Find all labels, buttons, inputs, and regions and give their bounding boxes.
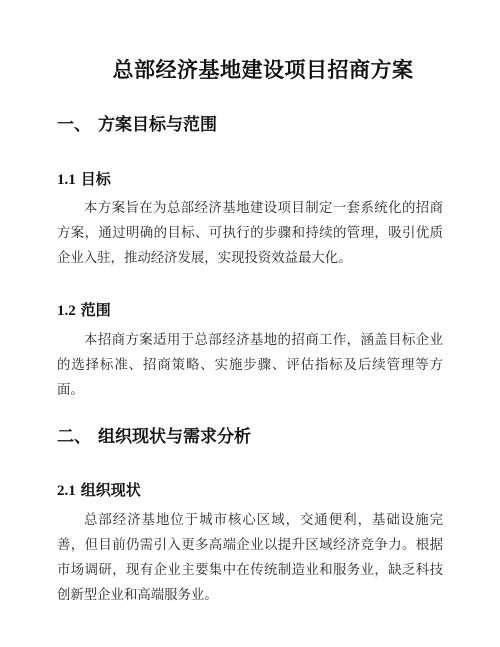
- paragraph-org-status: 总部经济基地位于城市核心区域，交通便利，基础设施完善，但目前仍需引入更多高端企业…: [57, 507, 443, 607]
- subsection-title: 组织现状: [81, 482, 141, 499]
- paragraph-scope: 本招商方案适用于总部经济基地的招商工作，涵盖目标企业的选择标准、招商策略、实施步…: [57, 327, 443, 402]
- subsection-number: 1.1: [57, 172, 76, 188]
- section-plan-goals-scope: 一、方案目标与范围 1.1目标 本方案旨在为总部经济基地建设项目制定一套系统化的…: [57, 113, 443, 402]
- subsection-title: 目标: [81, 171, 111, 188]
- subsection-number: 2.1: [57, 483, 76, 499]
- paragraph-goal: 本方案旨在为总部经济基地建设项目制定一套系统化的招商方案，通过明确的目标、可执行…: [57, 195, 443, 270]
- subsection-heading-scope: 1.2范围: [57, 300, 443, 322]
- section-title: 组织现状与需求分析: [98, 427, 251, 446]
- section-org-status-needs: 二、组织现状与需求分析 2.1组织现状 总部经济基地位于城市核心区域，交通便利，…: [57, 425, 443, 607]
- section-heading: 二、组织现状与需求分析: [57, 425, 443, 449]
- subsection-heading-goal: 1.1目标: [57, 169, 443, 191]
- document-title: 总部经济基地建设项目招商方案: [57, 56, 443, 86]
- section-number: 二、: [57, 427, 91, 446]
- subsection-number: 1.2: [57, 303, 76, 319]
- section-heading: 一、方案目标与范围: [57, 113, 443, 137]
- document-page: 总部经济基地建设项目招商方案 一、方案目标与范围 1.1目标 本方案旨在为总部经…: [0, 0, 500, 647]
- section-number: 一、: [57, 115, 91, 134]
- subsection-title: 范围: [81, 302, 111, 319]
- section-title: 方案目标与范围: [98, 115, 217, 134]
- subsection-heading-org-status: 2.1组织现状: [57, 480, 443, 502]
